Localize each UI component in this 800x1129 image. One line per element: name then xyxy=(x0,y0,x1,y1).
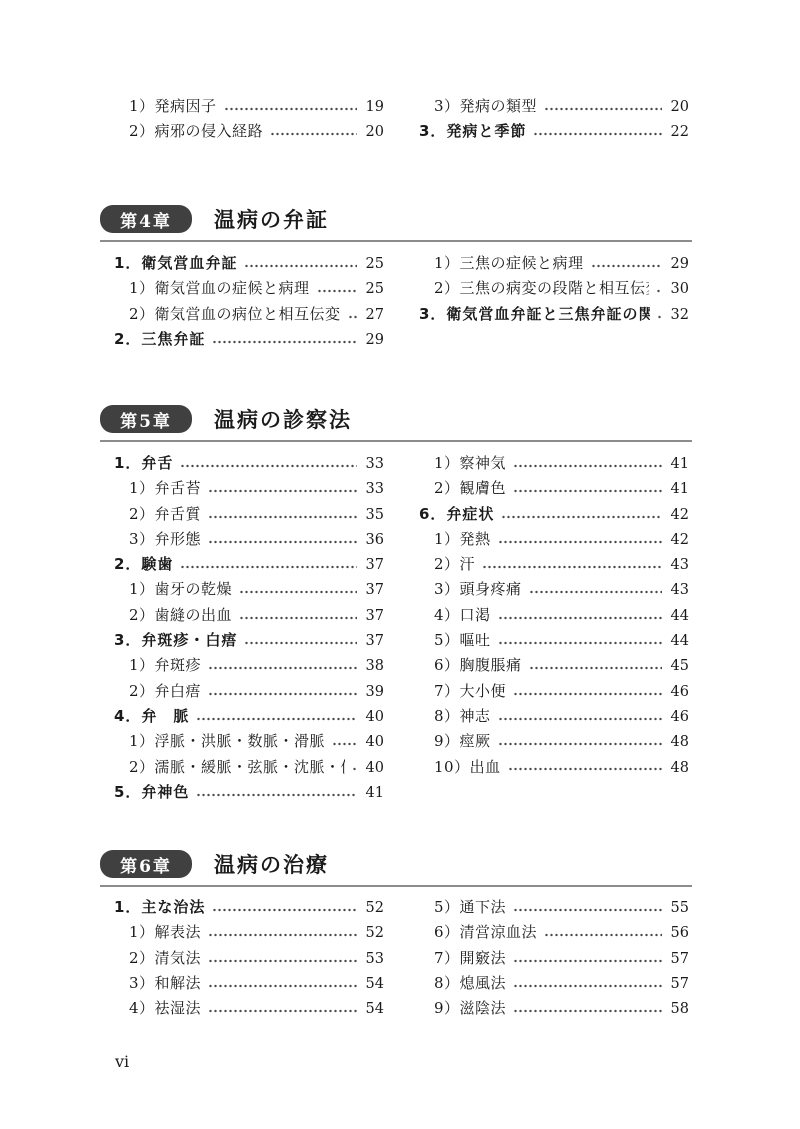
toc-entry-page-number: 40 xyxy=(362,734,384,750)
dot-leader xyxy=(212,896,357,921)
dot-leader xyxy=(332,730,357,755)
dot-leader xyxy=(513,896,662,921)
dot-leader xyxy=(208,477,357,502)
toc-entry-label: 2）弁白痦 xyxy=(129,680,201,701)
toc-entry-label: 4）祛湿法 xyxy=(129,997,201,1018)
toc-entry: 1）三焦の症候と病理 29 xyxy=(419,252,689,277)
toc-entry: 2．三焦弁証 29 xyxy=(114,328,384,353)
toc-entry-label: 1）三焦の症候と病理 xyxy=(434,252,584,273)
toc-entry-page-number: 22 xyxy=(667,124,689,140)
toc-entry-label: 2）汗 xyxy=(434,553,475,574)
toc-entry-page-number: 43 xyxy=(667,557,689,573)
toc-entry-page-number: 46 xyxy=(667,684,689,700)
toc-entry-page-number: 33 xyxy=(362,481,384,497)
toc-entry-page-number: 41 xyxy=(667,456,689,472)
toc-entry: 2）歯縫の出血 37 xyxy=(114,604,384,629)
toc-entry: 7）大小便 46 xyxy=(419,680,689,705)
dot-leader xyxy=(208,947,357,972)
toc-entry-label: 1）浮脈・洪脈・数脈・滑脈 xyxy=(129,730,325,751)
toc-entry-label: 1）察神気 xyxy=(434,452,506,473)
toc-entry-page-number: 37 xyxy=(362,582,384,598)
dot-leader xyxy=(513,972,662,997)
toc-entry: 2）病邪の侵入経路 20 xyxy=(114,120,384,145)
toc-entry-page-number: 27 xyxy=(362,307,384,323)
toc-entry-page-number: 37 xyxy=(362,633,384,649)
dot-leader xyxy=(208,972,357,997)
toc-entry-label: 3）頭身疼痛 xyxy=(434,578,522,599)
chapter-6-title: 温病の治療 xyxy=(214,849,329,879)
dot-leader xyxy=(244,252,357,277)
dot-leader xyxy=(513,452,662,477)
dot-leader xyxy=(208,503,357,528)
toc-entry-label: 1）弁舌苔 xyxy=(129,477,201,498)
toc-entry: 6）胸腹脹痛 45 xyxy=(419,654,689,679)
toc-column-top-left: 1）発病因子 19 2）病邪の侵入経路 20 xyxy=(114,95,384,146)
chapter-5-heading: 第5章 温病の診察法 xyxy=(100,398,692,442)
toc-entry-label: 6）胸腹脹痛 xyxy=(434,654,522,675)
toc-entry-label: 3）和解法 xyxy=(129,972,201,993)
toc-entry-label: 1）解表法 xyxy=(129,921,201,942)
toc-entry-label: 2）清気法 xyxy=(129,947,201,968)
toc-entry-page-number: 42 xyxy=(667,532,689,548)
toc-entry: 1．衛気営血弁証 25 xyxy=(114,252,384,277)
toc-entry: 2．験歯 37 xyxy=(114,553,384,578)
toc-entry-label: 3）弁形態 xyxy=(129,528,201,549)
dot-leader xyxy=(208,528,357,553)
dot-leader xyxy=(508,756,662,781)
toc-entry-page-number: 36 xyxy=(362,532,384,548)
dot-leader xyxy=(244,629,357,654)
toc-entry-label: 1．衛気営血弁証 xyxy=(114,252,237,273)
toc-entry: 1）浮脈・洪脈・数脈・滑脈 40 xyxy=(114,730,384,755)
toc-entry: 8）神志 46 xyxy=(419,705,689,730)
dot-leader xyxy=(208,654,357,679)
dot-leader xyxy=(657,303,663,328)
toc-entry-label: 4．弁 脈 xyxy=(114,705,189,726)
toc-entry-page-number: 37 xyxy=(362,608,384,624)
toc-entry-label: 10）出血 xyxy=(434,756,501,777)
toc-entry-page-number: 54 xyxy=(362,1001,384,1017)
toc-entry-page-number: 30 xyxy=(667,281,689,297)
toc-entry: 3．発病と季節 22 xyxy=(419,120,689,145)
toc-entry-page-number: 56 xyxy=(667,925,689,941)
toc-entry: 6）清営涼血法 56 xyxy=(419,921,689,946)
chapter-5-column-left: 1．弁舌 33 1）弁舌苔 33 2）弁舌質 35 3）弁形態 36 2．験歯 … xyxy=(114,452,384,806)
dot-leader xyxy=(196,705,357,730)
toc-entry: 1．主な治法 52 xyxy=(114,896,384,921)
dot-leader xyxy=(513,680,662,705)
toc-entry-page-number: 53 xyxy=(362,951,384,967)
chapter-6-column-right: 5）通下法 55 6）清営涼血法 56 7）開竅法 57 8）熄風法 57 9）… xyxy=(419,896,689,1022)
chapter-6-column-left: 1．主な治法 52 1）解表法 52 2）清気法 53 3）和解法 54 4）祛… xyxy=(114,896,384,1022)
toc-entry-label: 1）衛気営血の症候と病理 xyxy=(129,277,310,298)
toc-entry: 10）出血 48 xyxy=(419,756,689,781)
toc-entry: 2）弁舌質 35 xyxy=(114,503,384,528)
dot-leader xyxy=(224,95,357,120)
toc-entry-label: 8）熄風法 xyxy=(434,972,506,993)
dot-leader xyxy=(501,503,662,528)
toc-entry-page-number: 45 xyxy=(667,658,689,674)
toc-entry-label: 2）三焦の病変の段階と相互伝変 xyxy=(434,277,649,298)
toc-entry-page-number: 37 xyxy=(362,557,384,573)
toc-entry: 2）観膚色 41 xyxy=(419,477,689,502)
toc-entry: 8）熄風法 57 xyxy=(419,972,689,997)
dot-leader xyxy=(498,604,662,629)
dot-leader xyxy=(208,997,357,1022)
toc-entry-label: 2．三焦弁証 xyxy=(114,328,205,349)
toc-entry: 5）通下法 55 xyxy=(419,896,689,921)
toc-entry-page-number: 42 xyxy=(667,507,689,523)
toc-entry: 3）発病の類型 20 xyxy=(419,95,689,120)
toc-entry-label: 3．発病と季節 xyxy=(419,120,526,141)
toc-entry-label: 5）嘔吐 xyxy=(434,629,491,650)
toc-entry: 1）察神気 41 xyxy=(419,452,689,477)
toc-entry-label: 2）歯縫の出血 xyxy=(129,604,232,625)
dot-leader xyxy=(208,680,357,705)
dot-leader xyxy=(498,528,662,553)
dot-leader xyxy=(180,553,357,578)
toc-entry-page-number: 25 xyxy=(362,281,384,297)
chapter-4-badge: 第4章 xyxy=(100,205,192,233)
toc-entry-label: 3．弁斑疹・白痦 xyxy=(114,629,237,650)
toc-entry-label: 1）発熱 xyxy=(434,528,491,549)
dot-leader xyxy=(196,781,357,806)
toc-entry-label: 6）清営涼血法 xyxy=(434,921,537,942)
toc-entry-page-number: 40 xyxy=(362,760,384,776)
toc-entry-page-number: 55 xyxy=(667,900,689,916)
toc-entry-label: 2）観膚色 xyxy=(434,477,506,498)
toc-entry: 3）頭身疼痛 43 xyxy=(419,578,689,603)
toc-entry: 2）清気法 53 xyxy=(114,947,384,972)
toc-entry-page-number: 57 xyxy=(667,976,689,992)
toc-entry-label: 4）口渇 xyxy=(434,604,491,625)
toc-entry-page-number: 29 xyxy=(667,256,689,272)
toc-entry-page-number: 41 xyxy=(667,481,689,497)
dot-leader xyxy=(513,997,662,1022)
toc-entry-page-number: 41 xyxy=(362,785,384,801)
toc-entry: 4）祛湿法 54 xyxy=(114,997,384,1022)
toc-entry: 1）解表法 52 xyxy=(114,921,384,946)
toc-entry-label: 2）病邪の侵入経路 xyxy=(129,120,263,141)
toc-entry-label: 5．弁神色 xyxy=(114,781,189,802)
chapter-4-column-right: 1）三焦の症候と病理 29 2）三焦の病変の段階と相互伝変 30 3．衛気営血弁… xyxy=(419,252,689,328)
toc-entry-label: 5）通下法 xyxy=(434,896,506,917)
toc-entry: 1）弁舌苔 33 xyxy=(114,477,384,502)
chapter-4-column-left: 1．衛気営血弁証 25 1）衛気営血の症候と病理 25 2）衛気営血の病位と相互… xyxy=(114,252,384,353)
toc-entry-label: 8）神志 xyxy=(434,705,491,726)
dot-leader xyxy=(482,553,662,578)
toc-entry-label: 7）大小便 xyxy=(434,680,506,701)
dot-leader xyxy=(180,452,357,477)
chapter-6-heading: 第6章 温病の治療 xyxy=(100,843,692,887)
toc-entry: 5．弁神色 41 xyxy=(114,781,384,806)
toc-entry: 5）嘔吐 44 xyxy=(419,629,689,654)
toc-entry-page-number: 35 xyxy=(362,507,384,523)
toc-column-top-right: 3）発病の類型 20 3．発病と季節 22 xyxy=(419,95,689,146)
toc-entry-page-number: 33 xyxy=(362,456,384,472)
toc-entry-label: 2．験歯 xyxy=(114,553,173,574)
toc-entry-page-number: 46 xyxy=(667,709,689,725)
dot-leader xyxy=(544,921,662,946)
toc-entry-page-number: 52 xyxy=(362,925,384,941)
dot-leader xyxy=(656,277,662,302)
toc-entry: 4．弁 脈 40 xyxy=(114,705,384,730)
toc-entry-page-number: 29 xyxy=(362,332,384,348)
toc-entry-page-number: 43 xyxy=(667,582,689,598)
dot-leader xyxy=(513,947,662,972)
toc-entry: 3）弁形態 36 xyxy=(114,528,384,553)
dot-leader xyxy=(533,120,662,145)
toc-entry-label: 9）痙厥 xyxy=(434,730,491,751)
toc-entry: 9）痙厥 48 xyxy=(419,730,689,755)
toc-entry-label: 7）開竅法 xyxy=(434,947,506,968)
dot-leader xyxy=(352,756,357,781)
toc-entry-label: 3）発病の類型 xyxy=(434,95,537,116)
dot-leader xyxy=(591,252,662,277)
chapter-5-column-right: 1）察神気 41 2）観膚色 41 6．弁症状 42 1）発熱 42 2）汗 4… xyxy=(419,452,689,781)
toc-entry: 4）口渇 44 xyxy=(419,604,689,629)
dot-leader xyxy=(348,303,357,328)
toc-entry-page-number: 54 xyxy=(362,976,384,992)
toc-entry-page-number: 58 xyxy=(667,1001,689,1017)
toc-entry-label: 2）弁舌質 xyxy=(129,503,201,524)
toc-entry: 2）三焦の病変の段階と相互伝変 30 xyxy=(419,277,689,302)
chapter-4-title: 温病の弁証 xyxy=(214,204,329,234)
dot-leader xyxy=(317,277,357,302)
dot-leader xyxy=(498,730,662,755)
dot-leader xyxy=(208,921,357,946)
toc-entry-label: 6．弁症状 xyxy=(419,503,494,524)
book-toc-page: 1）発病因子 19 2）病邪の侵入経路 20 3）発病の類型 20 3．発病と季… xyxy=(0,0,800,1129)
toc-entry: 1）発病因子 19 xyxy=(114,95,384,120)
toc-entry-label: 2）衛気営血の病位と相互伝変 xyxy=(129,303,341,324)
toc-entry-label: 9）滋陰法 xyxy=(434,997,506,1018)
toc-entry: 2）濡脈・緩脈・弦脈・沈脈・伏脈 40 xyxy=(114,756,384,781)
chapter-4-heading: 第4章 温病の弁証 xyxy=(100,198,692,242)
toc-entry-page-number: 19 xyxy=(362,99,384,115)
toc-entry: 7）開竅法 57 xyxy=(419,947,689,972)
toc-entry-label: 1．主な治法 xyxy=(114,896,205,917)
toc-entry: 1）弁斑疹 38 xyxy=(114,654,384,679)
dot-leader xyxy=(544,95,662,120)
toc-entry-label: 1）発病因子 xyxy=(129,95,217,116)
page-number-folio: vi xyxy=(115,1052,129,1071)
dot-leader xyxy=(529,654,662,679)
toc-entry: 3．衛気営血弁証と三焦弁証の関係 32 xyxy=(419,303,689,328)
toc-entry-page-number: 44 xyxy=(667,608,689,624)
toc-entry: 2）衛気営血の病位と相互伝変 27 xyxy=(114,303,384,328)
dot-leader xyxy=(239,578,357,603)
toc-entry-page-number: 40 xyxy=(362,709,384,725)
toc-entry-page-number: 48 xyxy=(667,734,689,750)
chapter-6-badge: 第6章 xyxy=(100,850,192,878)
dot-leader xyxy=(239,604,357,629)
toc-entry-page-number: 48 xyxy=(667,760,689,776)
toc-entry-label: 1）弁斑疹 xyxy=(129,654,201,675)
toc-entry: 1）衛気営血の症候と病理 25 xyxy=(114,277,384,302)
toc-entry-page-number: 44 xyxy=(667,633,689,649)
toc-entry: 3）和解法 54 xyxy=(114,972,384,997)
toc-entry-page-number: 52 xyxy=(362,900,384,916)
toc-entry: 1）歯牙の乾燥 37 xyxy=(114,578,384,603)
toc-entry: 2）弁白痦 39 xyxy=(114,680,384,705)
chapter-5-title: 温病の診察法 xyxy=(214,404,352,434)
toc-entry: 2）汗 43 xyxy=(419,553,689,578)
toc-entry: 3．弁斑疹・白痦 37 xyxy=(114,629,384,654)
toc-entry-page-number: 39 xyxy=(362,684,384,700)
dot-leader xyxy=(498,629,662,654)
toc-entry-label: 2）濡脈・緩脈・弦脈・沈脈・伏脈 xyxy=(129,756,345,777)
toc-entry-page-number: 20 xyxy=(362,124,384,140)
chapter-5-badge: 第5章 xyxy=(100,405,192,433)
toc-entry-label: 3．衛気営血弁証と三焦弁証の関係 xyxy=(419,303,650,324)
dot-leader xyxy=(498,705,662,730)
toc-entry-page-number: 20 xyxy=(667,99,689,115)
toc-entry-page-number: 25 xyxy=(362,256,384,272)
toc-entry: 1）発熱 42 xyxy=(419,528,689,553)
toc-entry-page-number: 38 xyxy=(362,658,384,674)
dot-leader xyxy=(270,120,357,145)
toc-entry-page-number: 57 xyxy=(667,951,689,967)
toc-entry-label: 1．弁舌 xyxy=(114,452,173,473)
toc-entry-label: 1）歯牙の乾燥 xyxy=(129,578,232,599)
dot-leader xyxy=(212,328,357,353)
toc-entry: 1．弁舌 33 xyxy=(114,452,384,477)
dot-leader xyxy=(513,477,662,502)
toc-entry: 6．弁症状 42 xyxy=(419,503,689,528)
toc-entry-page-number: 32 xyxy=(667,307,689,323)
toc-entry: 9）滋陰法 58 xyxy=(419,997,689,1022)
dot-leader xyxy=(529,578,662,603)
